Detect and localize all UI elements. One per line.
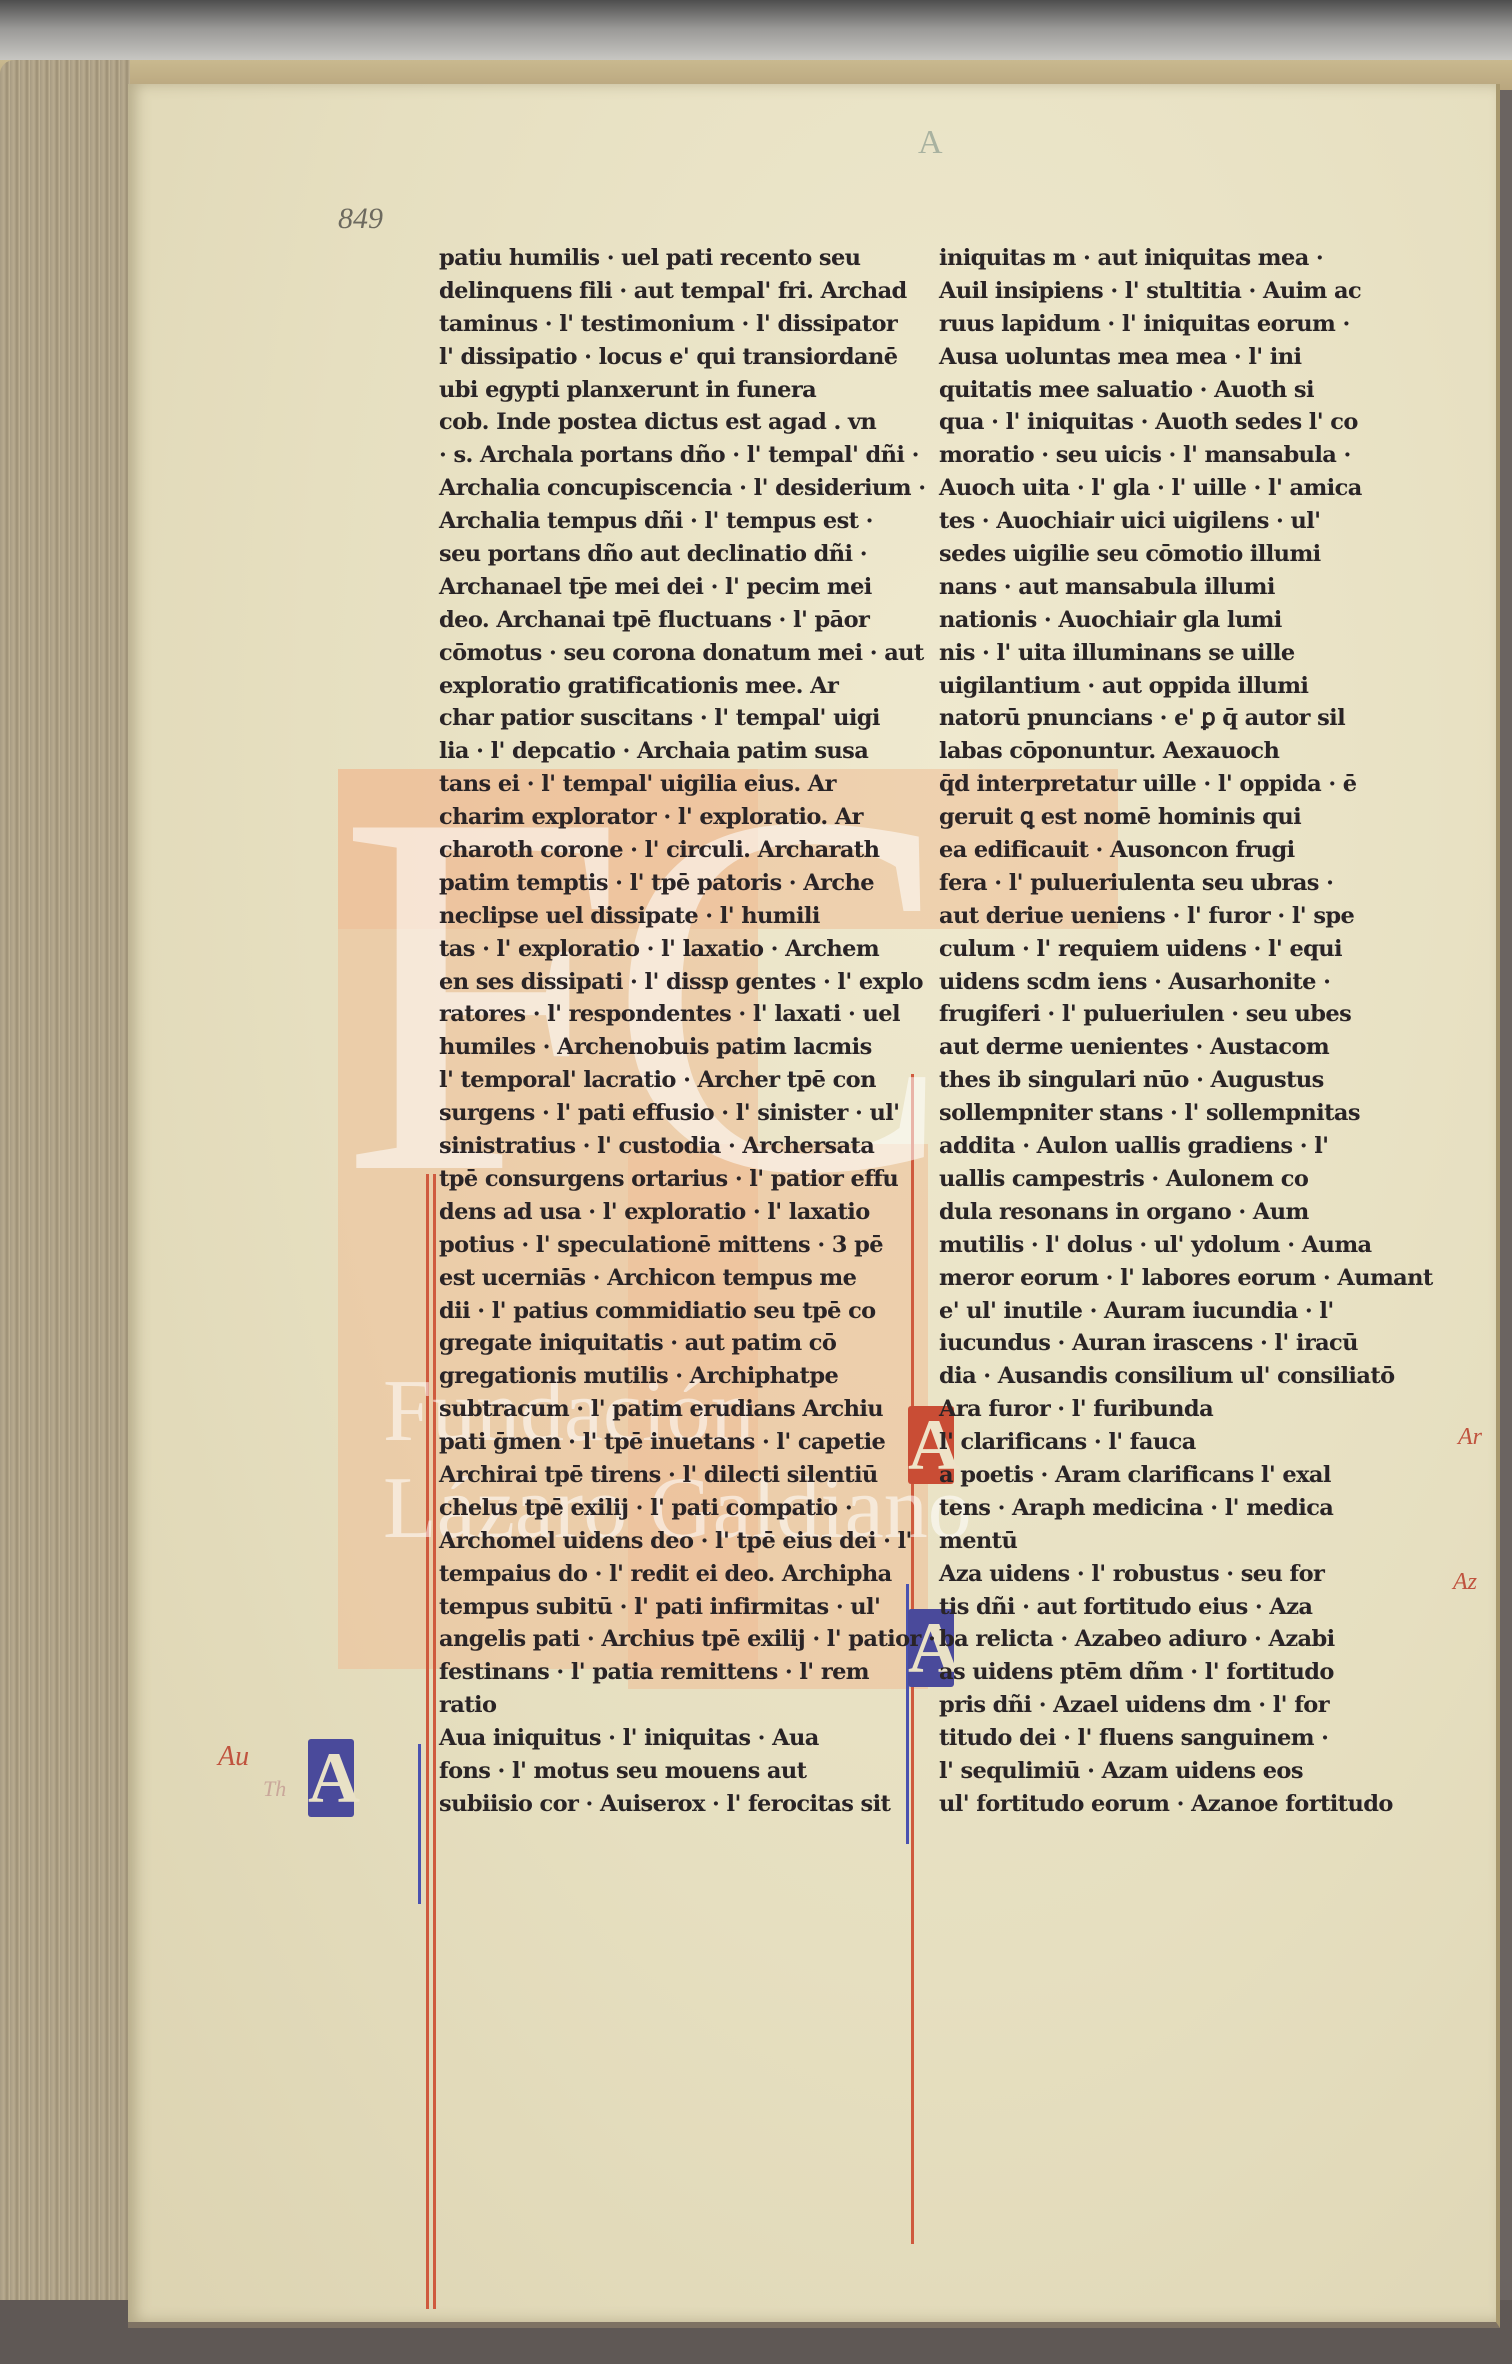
manuscript-line: Ausa uoluntas mea mea · l' ini [939,341,1494,374]
manuscript-line: sollempniter stans · l' sollempnitas [939,1097,1494,1130]
manuscript-line: seu portans dño aut declinatio dñi · [439,538,979,571]
manuscript-line: tpē consurgens ortarius · l' patior effu [439,1163,979,1196]
manuscript-line: a poetis · Aram clarificans l' exal [939,1459,1494,1492]
manuscript-line: l' dissipatio · locus e' qui transiordan… [439,341,979,374]
manuscript-line: natorū pnuncians · e' ꝑ q̄ autor sil [939,702,1494,735]
manuscript-line: surgens · l' pati effusio · l' sinister … [439,1097,979,1130]
manuscript-line: nis · l' uita illuminans se uille [939,637,1494,670]
manuscript-line: patim temptis · l' tpē patoris · Arche [439,867,979,900]
manuscript-line: exploratio gratificationis mee. Ar [439,670,979,703]
manuscript-line: titudo dei · l' fluens sanguinem · [939,1722,1494,1755]
red-marginal-rule-left [426,1174,429,2309]
manuscript-line: Archomel uidens deo · l' tpē eius dei · … [439,1525,979,1558]
manuscript-line: Auil insipiens · l' stultitia · Auim ac [939,275,1494,308]
manuscript-line: uidens scdm iens · Ausarhonite · [939,966,1494,999]
manuscript-line: Archirai tpē tirens · l' dilecti silenti… [439,1459,979,1492]
manuscript-line: ba relicta · Azabeo adiuro · Azabi [939,1623,1494,1656]
manuscript-line: pati ḡmen · l' tpē inuetans · l' capetie [439,1426,979,1459]
manuscript-line: tis dñi · aut fortitudo eius · Aza [939,1591,1494,1624]
manuscript-line: uallis campestris · Aulonem co [939,1163,1494,1196]
manuscript-line: q̄d interpretatur uille · l' oppida · ē [939,768,1494,801]
manuscript-line: Aza uidens · l' robustus · seu for [939,1558,1494,1591]
manuscript-line: sedes uigilie seu cōmotio illumi [939,538,1494,571]
manuscript-line: taminus · l' testimonium · l' dissipator [439,308,979,341]
manuscript-line: frugiferi · l' pulueriulen · seu ubes [939,998,1494,1031]
manuscript-line: thes ib singulari nūo · Augustus [939,1064,1494,1097]
manuscript-line: l' sequlimiū · Azam uidens eos [939,1755,1494,1788]
manuscript-line: qua · l' iniquitas · Auoth sedes l' co [939,406,1494,439]
manuscript-line: dii · l' patius commidiatio seu tpē co [439,1295,979,1328]
manuscript-line: dula resonans in organo · Aum [939,1196,1494,1229]
manuscript-line: tempaius do · l' redit ei deo. Archipha [439,1558,979,1591]
manuscript-line: Auoch uita · l' gla · l' uille · l' amic… [939,472,1494,505]
manuscript-line: moratio · seu uicis · l' mansabula · [939,439,1494,472]
manuscript-folio: 849 A A A A Au Th Ar Az FC Fundación Láz… [128,84,1500,2328]
manuscript-line: tempus subitū · l' pati infirmitas · ul' [439,1591,979,1624]
manuscript-line: fera · l' pulueriulenta seu ubras · [939,867,1494,900]
manuscript-line: · s. Archala portans dño · l' tempal' dñ… [439,439,979,472]
manuscript-line: geruit ꝗ est nomē hominis qui [939,801,1494,834]
manuscript-line: en ses dissipati · l' dissp gentes · l' … [439,966,979,999]
manuscript-line: lia · l' depcatio · Archaia patim susa [439,735,979,768]
manuscript-line: tas · l' exploratio · l' laxatio · Arche… [439,933,979,966]
manuscript-line: delinquens fili · aut tempal' fri. Archa… [439,275,979,308]
manuscript-line: aut derme uenientes · Austacom [939,1031,1494,1064]
manuscript-line: charoth corone · l' circuli. Archarath [439,834,979,867]
manuscript-line: dia · Ausandis consilium ul' consiliatō [939,1360,1494,1393]
manuscript-line: Aua iniquitus · l' iniquitas · Aua [439,1722,979,1755]
manuscript-line: gregate iniquitatis · aut patim cō [439,1327,979,1360]
manuscript-line: ubi egypti planxerunt in funera [439,374,979,407]
book-page-block-edge [0,60,130,2325]
manuscript-line: sinistratius · l' custodia · Archersata [439,1130,979,1163]
manuscript-line: ul' fortitudo eorum · Azanoe fortitudo [939,1788,1494,1821]
manuscript-line: meror eorum · l' labores eorum · Aumant [939,1262,1494,1295]
manuscript-line: char patior suscitans · l' tempal' uigi [439,702,979,735]
manuscript-line: subiisio cor · Auiserox · l' ferocitas s… [439,1788,979,1821]
manuscript-line: Archanael tp̄e mei dei · l' pecim mei [439,571,979,604]
manuscript-line: neclipse uel dissipate · l' humili [439,900,979,933]
manuscript-line: addita · Aulon uallis gradiens · l' [939,1130,1494,1163]
illuminated-initial-a-blue-left: A [308,1739,354,1817]
manuscript-line: l' temporal' lacratio · Archer tpē con [439,1064,979,1097]
manuscript-line: chelus tpē exilij · l' pati compatio · [439,1492,979,1525]
manuscript-line: iniquitas m · aut iniquitas mea · [939,242,1494,275]
manuscript-line: l' clarificans · l' fauca [939,1426,1494,1459]
manuscript-line: labas cōponuntur. Aexauoch [939,735,1494,768]
margin-note-au: Au [218,1741,249,1773]
manuscript-line: nans · aut mansabula illumi [939,571,1494,604]
manuscript-line: Archalia concupiscencia · l' desiderium … [439,472,979,505]
manuscript-line: subtracum · l' patim erudians Archiu [439,1393,979,1426]
manuscript-line: humiles · Archenobuis patim lacmis [439,1031,979,1064]
pencil-mark: A [918,124,943,162]
text-column-right: iniquitas m · aut iniquitas mea ·Auil in… [939,242,1494,1821]
manuscript-line: e' ul' inutile · Auram iucundia · l' [939,1295,1494,1328]
manuscript-line: Archalia tempus dñi · l' tempus est · [439,505,979,538]
manuscript-line: mentū [939,1525,1494,1558]
manuscript-line: ratores · l' respondentes · l' laxati · … [439,998,979,1031]
manuscript-line: nationis · Auochiair gla lumi [939,604,1494,637]
margin-note-th: Th [263,1776,286,1802]
manuscript-line: aut deriue ueniens · l' furor · l' spe [939,900,1494,933]
manuscript-line: ratio [439,1689,979,1722]
manuscript-line: uigilantium · aut oppida illumi [939,670,1494,703]
manuscript-line: tes · Auochiair uici uigilens · ul' [939,505,1494,538]
manuscript-line: iucundus · Auran irascens · l' iracū [939,1327,1494,1360]
manuscript-line: tens · Araph medicina · l' medica [939,1492,1494,1525]
red-marginal-rule-left-2 [433,1174,436,2309]
manuscript-line: cob. Inde postea dictus est agad . vn [439,406,979,439]
manuscript-line: angelis pati · Archius tpē exilij · l' p… [439,1623,979,1656]
manuscript-line: pris dñi · Azael uidens dm · l' for [939,1689,1494,1722]
manuscript-line: gregationis mutilis · Archiphatpe [439,1360,979,1393]
manuscript-line: ea edificauit · Ausoncon frugi [939,834,1494,867]
manuscript-line: est ucerniās · Archicon tempus me [439,1262,979,1295]
blue-flourish-left [418,1744,421,1904]
manuscript-line: deo. Archanai tpē fluctuans · l' pāor [439,604,979,637]
manuscript-line: Ara furor · l' furibunda [939,1393,1494,1426]
manuscript-line: quitatis mee saluatio · Auoth si [939,374,1494,407]
manuscript-line: potius · l' speculationē mittens · 3 pē [439,1229,979,1262]
manuscript-line: as uidens ptēm dñm · l' fortitudo [939,1656,1494,1689]
manuscript-line: mutilis · l' dolus · ul' ydolum · Auma [939,1229,1494,1262]
manuscript-line: cōmotus · seu corona donatum mei · aut [439,637,979,670]
manuscript-line: tans ei · l' tempal' uigilia eius. Ar [439,768,979,801]
manuscript-line: ruus lapidum · l' iniquitas eorum · [939,308,1494,341]
folio-number: 849 [338,202,383,236]
manuscript-line: festinans · l' patia remittens · l' rem [439,1656,979,1689]
manuscript-line: charim explorator · l' exploratio. Ar [439,801,979,834]
manuscript-line: dens ad usa · l' exploratio · l' laxatio [439,1196,979,1229]
manuscript-line: patiu humilis · uel pati recento seu [439,242,979,275]
manuscript-line: culum · l' requiem uidens · l' equi [939,933,1494,966]
text-column-left: patiu humilis · uel pati recento seudeli… [439,242,979,1821]
manuscript-line: fons · l' motus seu mouens aut [439,1755,979,1788]
